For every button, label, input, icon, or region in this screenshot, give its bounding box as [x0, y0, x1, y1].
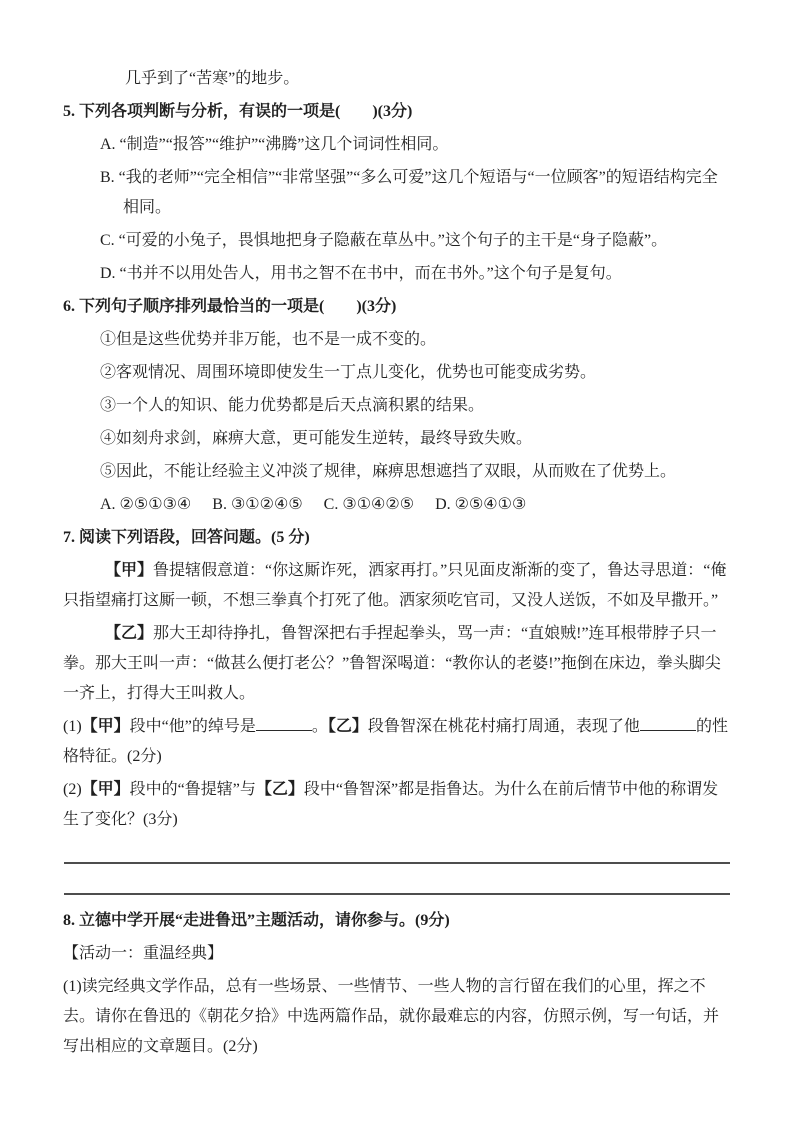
question-6-sentence-3: ③一个人的知识、能力优势都是后天点滴积累的结果。 — [100, 391, 731, 421]
sub1-prefix: (1) — [63, 718, 82, 735]
question-7-stem: 7. 阅读下列语段，回答问题。(5 分) — [63, 523, 731, 553]
answer-blank — [256, 716, 312, 731]
sub1-text-2: 。 — [312, 718, 328, 735]
activity-heading: 【活动一：重温经典】 — [63, 939, 731, 969]
question-6-choice-a: A. ②⑤①③④ — [100, 496, 191, 513]
sub1-text-1: 段中“他”的绰号是 — [130, 718, 256, 735]
question-5-option-a: A. “制造”“报答”“维护”“沸腾”这几个词词性相同。 — [100, 130, 731, 160]
jia-marker: 【甲】 — [105, 562, 153, 579]
question-5-option-d: D. “书并不以用处告人，用书之智不在书中，而在书外。”这个句子是复句。 — [100, 259, 731, 289]
sub1-text-3: 段鲁智深在桃花村痛打周通，表现了他 — [368, 718, 640, 735]
jia-marker: 【甲】 — [82, 781, 130, 798]
passage-yi: 【乙】那大王却待挣扎，鲁智深把右手捏起拳头，骂一声：“直娘贼!”连耳根带脖子只一… — [63, 619, 731, 709]
question-5-option-b: B. “我的老师”“完全相信”“非常坚强”“多么可爱”这几个短语与“一位顾客”的… — [100, 163, 731, 223]
previous-paragraph-tail: 几乎到了“苦寒”的地步。 — [125, 64, 731, 94]
question-5-stem: 5. 下列各项判断与分析，有误的一项是( )(3分) — [63, 97, 731, 127]
question-6-choice-b: B. ③①②④⑤ — [212, 496, 302, 513]
sub2-text-1: 段中的“鲁提辖”与 — [130, 781, 256, 798]
passage-jia-text: 鲁提辖假意道：“你这厮诈死，洒家再打。”只见面皮渐渐的变了，鲁达寻思道：“俺只指… — [63, 562, 726, 609]
question-6-sentence-1: ①但是这些优势并非万能，也不是一成不变的。 — [100, 325, 731, 355]
yi-marker: 【乙】 — [105, 625, 153, 642]
question-8-sub1: (1)读完经典文学作品，总有一些场景、一些情节、一些人物的言行留在我们的心里，挥… — [63, 972, 731, 1062]
question-6-sentence-2: ②客观情况、周围环境即使发生一丁点儿变化，优势也可能变成劣势。 — [100, 358, 731, 388]
question-6-stem: 6. 下列句子顺序排列最恰当的一项是( )(3分) — [63, 292, 731, 322]
question-5-option-c: C. “可爱的小兔子，畏惧地把身子隐蔽在草丛中。”这个句子的主干是“身子隐蔽”。 — [100, 226, 731, 256]
question-6-sentence-5: ⑤因此，不能让经验主义冲淡了规律，麻痹思想遮挡了双眼，从而败在了优势上。 — [100, 457, 731, 487]
question-6-choice-d: D. ②⑤④①③ — [435, 496, 526, 513]
answer-writing-line — [64, 862, 730, 864]
question-7-sub2: (2)【甲】段中的“鲁提辖”与【乙】段中“鲁智深”都是指鲁达。为什么在前后情节中… — [63, 775, 731, 835]
yi-marker: 【乙】 — [256, 781, 304, 798]
passage-jia: 【甲】鲁提辖假意道：“你这厮诈死，洒家再打。”只见面皮渐渐的变了，鲁达寻思道：“… — [63, 556, 731, 616]
passage-yi-text: 那大王却待挣扎，鲁智深把右手捏起拳头，骂一声：“直娘贼!”连耳根带脖子只一拳。那… — [63, 625, 721, 702]
question-6-choice-c: C. ③①④②⑤ — [324, 496, 414, 513]
jia-marker: 【甲】 — [82, 718, 130, 735]
question-7-sub1: (1)【甲】段中“他”的绰号是。【乙】段鲁智深在桃花村痛打周通，表现了他的性格特… — [63, 712, 731, 772]
answer-blank — [640, 716, 696, 731]
sub2-prefix: (2) — [63, 781, 82, 798]
answer-writing-line — [64, 893, 730, 895]
exam-page: 几乎到了“苦寒”的地步。 5. 下列各项判断与分析，有误的一项是( )(3分) … — [0, 0, 793, 1062]
question-6-choices: A. ②⑤①③④B. ③①②④⑤C. ③①④②⑤D. ②⑤④①③ — [100, 490, 731, 520]
yi-marker: 【乙】 — [328, 718, 368, 735]
question-6-sentence-4: ④如刻舟求剑，麻痹大意，更可能发生逆转，最终导致失败。 — [100, 424, 731, 454]
question-8-stem: 8. 立德中学开展“走进鲁迅”主题活动，请你参与。(9分) — [63, 906, 731, 936]
